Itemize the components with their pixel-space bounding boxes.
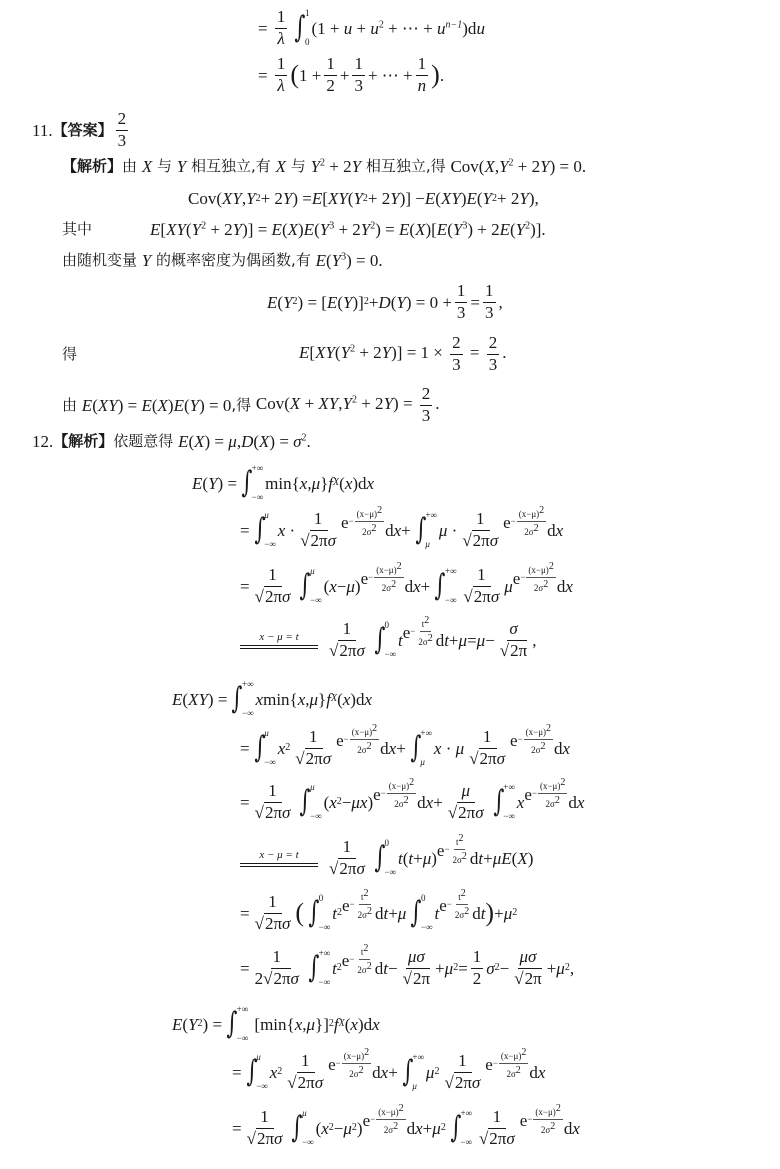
problem-number: 12. bbox=[32, 433, 53, 450]
EY-line-3: = 1√2πσ ∫μ−∞ (x − μ)e−(x−μ)22σ2dx + ∫+∞−… bbox=[240, 566, 573, 606]
problem-number: 11. bbox=[32, 122, 53, 139]
integral-sign-icon: ∫10 bbox=[292, 9, 309, 47]
problem-11-analysis-line-6: 得 E[XY(Y2 + 2Y)] = 1 × 23 = 23. bbox=[62, 334, 506, 374]
EY2-line-3: = 1√2πσ ∫μ−∞ (x2 − μ2)e−(x−μ)22σ2dx + μ2… bbox=[232, 1108, 580, 1148]
answer-value: 23 bbox=[116, 110, 129, 150]
analysis-label: 【解析】 bbox=[53, 434, 113, 449]
top-continuation-line-1: = 1λ ∫10 (1 + u + u2 + ⋯ + un−1)du bbox=[258, 8, 485, 48]
EXY-line-1: E(XY) = ∫+∞−∞ xmin{x,μ}fX(x)dx bbox=[172, 680, 372, 718]
EY-line-4: x − μ = t 1√2πσ ∫0−∞ te−t22σ2dt + μ = μ … bbox=[240, 620, 536, 660]
problem-11-analysis-line-3: 其中 E[XY(Y2 + 2Y)] = E(X)E(Y3 + 2Y2) = E(… bbox=[62, 221, 546, 238]
problem-11-analysis-line-1: 【解析】 由 X 与 Y 相互独立,有 X 与 Y2 + 2Y 相互独立,得 C… bbox=[62, 158, 586, 175]
top-continuation-line-2: = 1λ (1 + 12 + 13 + ⋯ + 1n). bbox=[258, 55, 444, 95]
EY-line-1: E(Y) = ∫+∞−∞ min{x,μ}fX(x)dx bbox=[192, 464, 374, 502]
problem-11-analysis-line-4: 由随机变量 Y 的概率密度为偶函数,有 E(Y3) = 0. bbox=[62, 252, 383, 269]
substitution-equals: x − μ = t bbox=[240, 632, 318, 649]
EXY-line-3: = 1√2πσ ∫μ−∞ (x2 − μx)e−(x−μ)22σ2dx + μ√… bbox=[240, 782, 584, 822]
problem-11-analysis-line-5: E(Y2) = [E(Y)]2 + D(Y) = 0 + 13 = 13, bbox=[267, 282, 503, 322]
EY2-line-2: = ∫μ−∞ x2 1√2πσ e−(x−μ)22σ2dx + ∫+∞μ μ2 … bbox=[232, 1052, 545, 1092]
problem-11-answer: 11. 【答案】 23 bbox=[32, 110, 131, 150]
problem-12-header: 12. 【解析】 依题意得 E(X) = μ,D(X) = σ2. bbox=[32, 433, 311, 450]
EXY-line-4: x − μ = t 1√2πσ ∫0−∞ t(t + μ)e−t22σ2dt +… bbox=[240, 838, 533, 878]
EY-line-2: = ∫μ−∞ x · 1√2πσ e−(x−μ)22σ2dx + ∫+∞μ μ … bbox=[240, 510, 563, 550]
problem-11-analysis-line-2: Cov(XY,Y2 + 2Y) = E[XY(Y2 + 2Y)] − E(XY)… bbox=[188, 190, 539, 207]
EY2-line-1: E(Y2) = ∫+∞−∞ [min{x,μ}]2fX(x)dx bbox=[172, 1005, 380, 1043]
EXY-line-6: = 12√2πσ ∫+∞−∞ t2e−t22σ2dt − μσ√2π + μ2 … bbox=[240, 948, 574, 988]
EXY-line-2: = ∫μ−∞ x2 1√2πσ e−(x−μ)22σ2dx + ∫+∞μ x ·… bbox=[240, 728, 570, 768]
EXY-line-5: = 1√2πσ ( ∫0−∞ t2e−t22σ2dt + μ ∫0−∞ te−t… bbox=[240, 893, 517, 933]
integral-sign-icon: ∫+∞−∞ bbox=[239, 464, 263, 502]
answer-label: 【答案】 bbox=[53, 123, 113, 138]
problem-11-analysis-line-7: 由 E(XY) = E(X)E(Y) = 0,得 Cov(X + XY,Y2 +… bbox=[62, 385, 440, 425]
substitution-equals: x − μ = t bbox=[240, 850, 318, 867]
analysis-label: 【解析】 bbox=[62, 159, 122, 174]
